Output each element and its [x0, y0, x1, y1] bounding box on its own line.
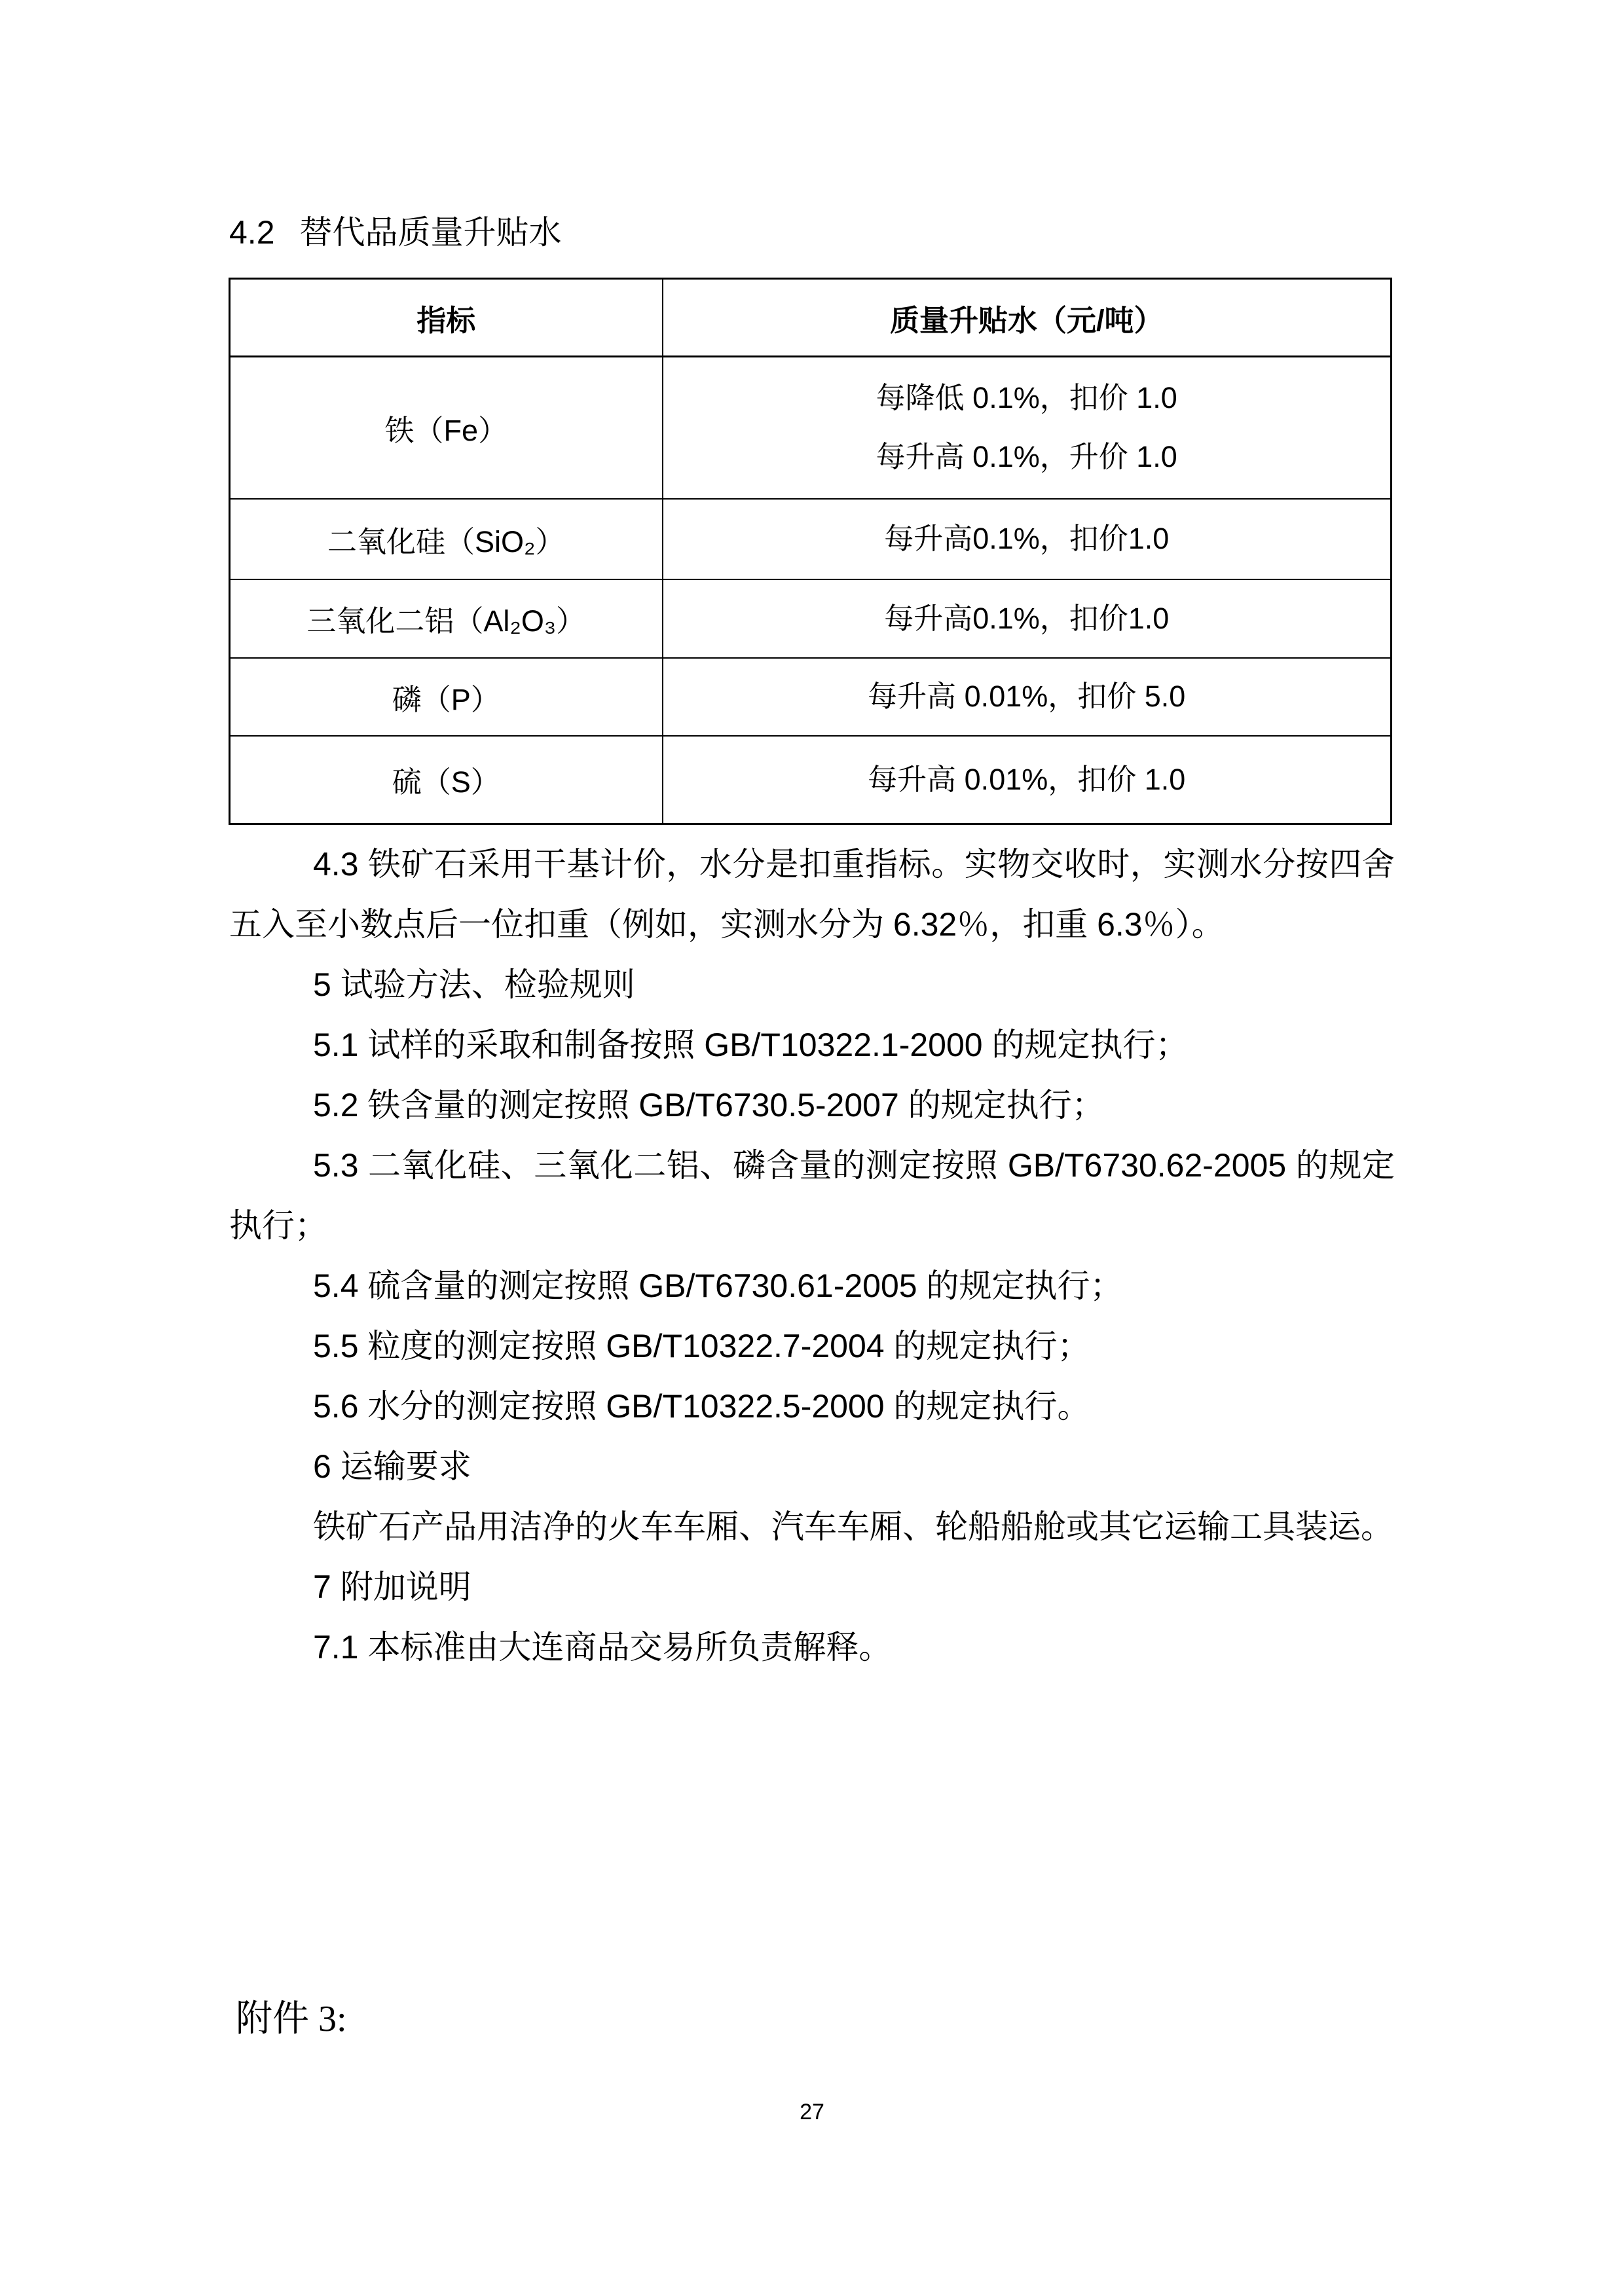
- heading-title: 替代品质量升贴水: [300, 214, 562, 251]
- paragraph-line-4-3b: 五入至小数点后一位扣重（例如，实测水分为 6.32％，扣重 6.3％）。: [229, 894, 1395, 955]
- premium-line: 每降低 0.1%，扣价 1.0: [663, 369, 1391, 428]
- attachment-label: 附件 3:: [236, 1998, 347, 2040]
- table-header-premium: 质量升贴水（元/吨）: [663, 279, 1392, 357]
- table-row-s: 硫（S） 每升高 0.01%，扣价 1.0: [230, 736, 1392, 824]
- paragraph-line-5-6: 5.6 水分的测定按照 GB/T10322.5-2000 的规定执行。: [229, 1376, 1395, 1436]
- section-heading-4-2: 4.2替代品质量升贴水: [229, 213, 1395, 251]
- premium-cell-fe: 每降低 0.1%，扣价 1.0 每升高 0.1%，升价 1.0: [663, 357, 1392, 499]
- premium-line: 每升高 0.01%，扣价 5.0: [663, 667, 1391, 726]
- table-header-row: 指标 质量升贴水（元/吨）: [230, 279, 1392, 357]
- table-row-al2o3: 三氧化二铝（Al₂O₃） 每升高0.1%，扣价1.0: [230, 579, 1392, 658]
- premium-line: 每升高 0.01%，扣价 1.0: [663, 750, 1391, 809]
- paragraph-line-5-4: 5.4 硫含量的测定按照 GB/T6730.61-2005 的规定执行；: [229, 1256, 1395, 1316]
- paragraph-line-7: 7 附加说明: [229, 1557, 1395, 1617]
- table-row-fe: 铁（Fe） 每降低 0.1%，扣价 1.0 每升高 0.1%，升价 1.0: [230, 357, 1392, 499]
- paragraph-line-5-1: 5.1 试样的采取和制备按照 GB/T10322.1-2000 的规定执行；: [229, 1015, 1395, 1075]
- quality-premium-table: 指标 质量升贴水（元/吨） 铁（Fe） 每降低 0.1%，扣价 1.0 每升高 …: [229, 278, 1392, 825]
- paragraph-line-5: 5 试验方法、检验规则: [229, 955, 1395, 1015]
- indicator-cell-al2o3: 三氧化二铝（Al₂O₃）: [230, 579, 663, 658]
- table-header-indicator: 指标: [230, 279, 663, 357]
- document-page: 4.2替代品质量升贴水 指标 质量升贴水（元/吨） 铁（Fe） 每降低 0.1%…: [0, 0, 1624, 2296]
- paragraph-line-7-1: 7.1 本标准由大连商品交易所负责解释。: [229, 1617, 1395, 1677]
- indicator-cell-p: 磷（P）: [230, 658, 663, 736]
- premium-line: 每升高0.1%，扣价1.0: [663, 509, 1391, 568]
- table-row-p: 磷（P） 每升高 0.01%，扣价 5.0: [230, 658, 1392, 736]
- premium-line: 每升高0.1%，扣价1.0: [663, 589, 1391, 648]
- body-text: 4.3 铁矿石采用干基计价，水分是扣重指标。实物交收时，实测水分按四舍 五入至小…: [229, 834, 1395, 1677]
- premium-line: 每升高 0.1%，升价 1.0: [663, 428, 1391, 486]
- paragraph-line-5-3b: 执行；: [229, 1195, 1395, 1256]
- premium-cell-s: 每升高 0.01%，扣价 1.0: [663, 736, 1392, 824]
- heading-number: 4.2: [229, 214, 275, 251]
- paragraph-line-5-5: 5.5 粒度的测定按照 GB/T10322.7-2004 的规定执行；: [229, 1316, 1395, 1376]
- premium-cell-p: 每升高 0.01%，扣价 5.0: [663, 658, 1392, 736]
- premium-cell-al2o3: 每升高0.1%，扣价1.0: [663, 579, 1392, 658]
- table-row-sio2: 二氧化硅（SiO₂） 每升高0.1%，扣价1.0: [230, 499, 1392, 579]
- paragraph-line-6: 6 运输要求: [229, 1436, 1395, 1497]
- paragraph-line-5-3a: 5.3 二氧化硅、三氧化二铝、磷含量的测定按照 GB/T6730.62-2005…: [229, 1135, 1395, 1195]
- paragraph-line-4-3a: 4.3 铁矿石采用干基计价，水分是扣重指标。实物交收时，实测水分按四舍: [229, 834, 1395, 894]
- paragraph-line-5-2: 5.2 铁含量的测定按照 GB/T6730.5-2007 的规定执行；: [229, 1075, 1395, 1135]
- indicator-cell-fe: 铁（Fe）: [230, 357, 663, 499]
- premium-cell-sio2: 每升高0.1%，扣价1.0: [663, 499, 1392, 579]
- paragraph-line-transport: 铁矿石产品用洁净的火车车厢、汽车车厢、轮船船舱或其它运输工具装运。: [229, 1497, 1395, 1557]
- indicator-cell-sio2: 二氧化硅（SiO₂）: [230, 499, 663, 579]
- indicator-cell-s: 硫（S）: [230, 736, 663, 824]
- page-number: 27: [0, 2099, 1624, 2125]
